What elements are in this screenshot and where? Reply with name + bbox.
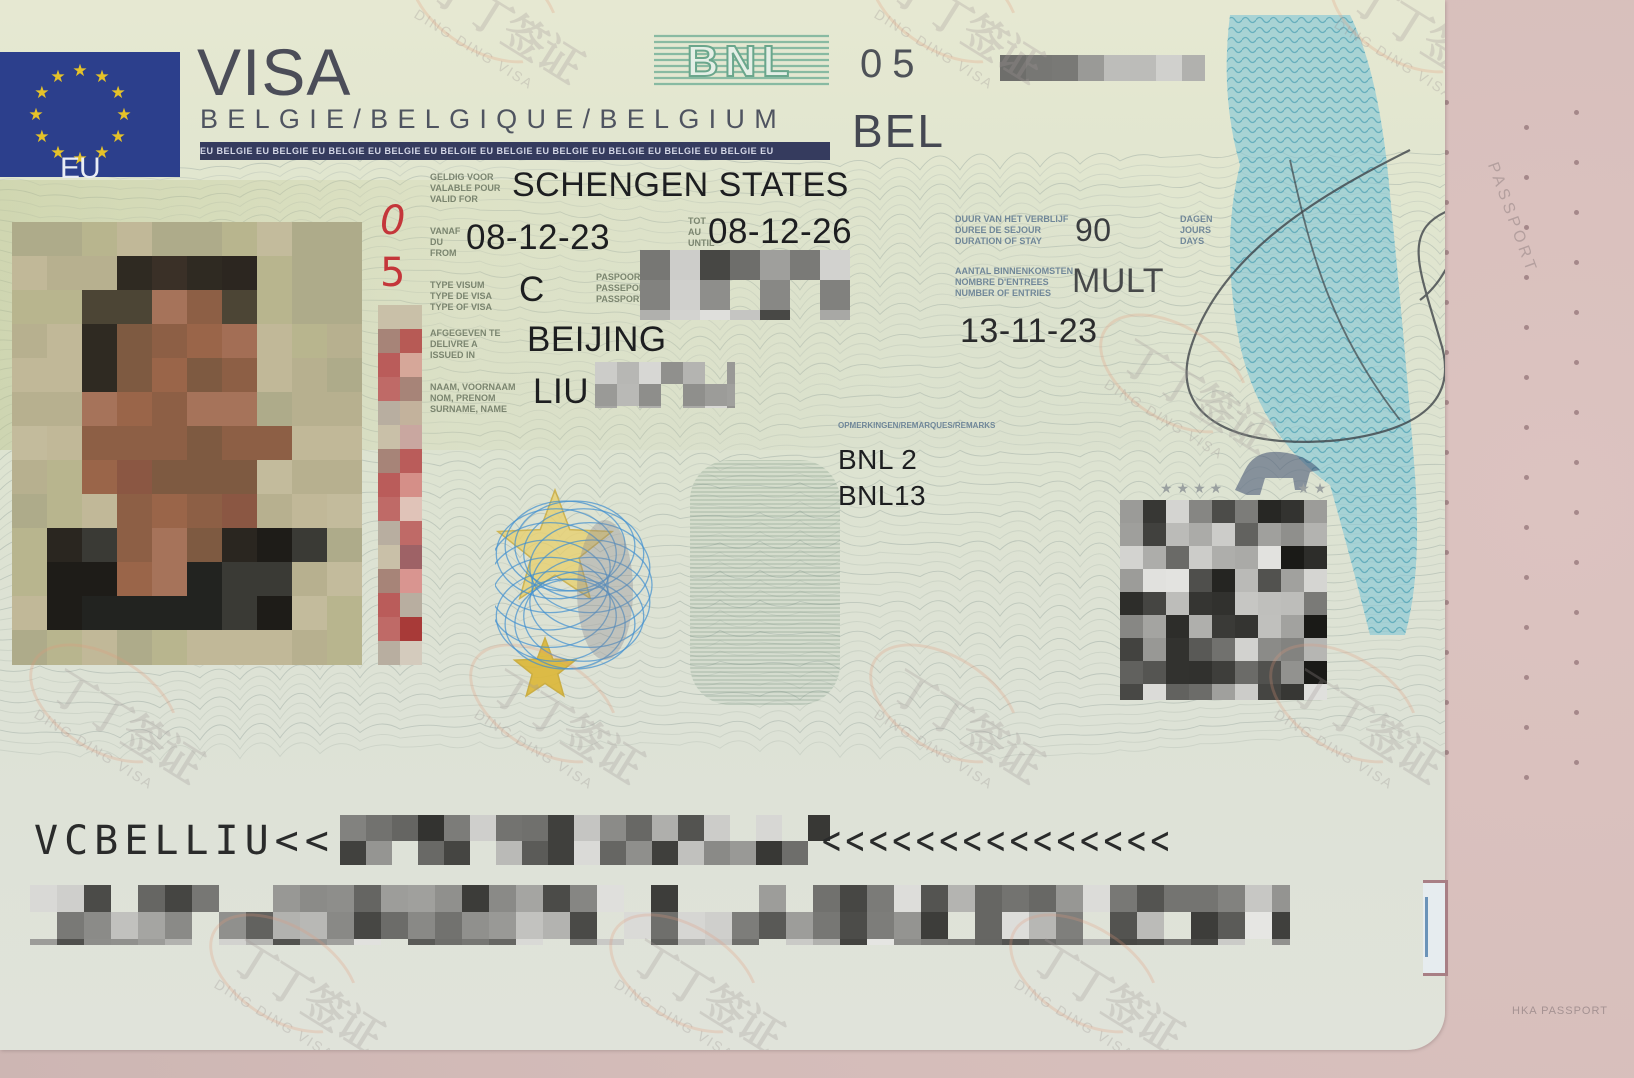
perforation-dot bbox=[1574, 160, 1579, 165]
eu-label: EU bbox=[60, 152, 100, 186]
svg-text:★: ★ bbox=[72, 61, 87, 80]
visa-title: VISA bbox=[197, 34, 351, 110]
svg-text:★: ★ bbox=[116, 105, 131, 124]
svg-text:★: ★ bbox=[34, 127, 49, 146]
value-surname: LIU bbox=[533, 372, 589, 412]
label-duration-of-stay: DUUR VAN HET VERBLIJFDUREE DE SEJOURDURA… bbox=[955, 214, 1068, 247]
perforation-dot bbox=[1574, 360, 1579, 365]
perforation-dot bbox=[1524, 475, 1529, 480]
label-valid-for: GELDIG VOORVALABLE POURVALID FOR bbox=[430, 172, 500, 205]
eu-hologram bbox=[495, 470, 855, 710]
perforation-dot bbox=[1524, 375, 1529, 380]
eu-flag: ★★★★★★★★★★★★ EU bbox=[0, 52, 180, 177]
mrz-line-1-prefix: VCBELLIU<< bbox=[34, 818, 335, 864]
mrz-line-2-redacted bbox=[30, 885, 1290, 945]
perforation-dot bbox=[1524, 775, 1529, 780]
perforation-dot bbox=[1574, 560, 1579, 565]
svg-text:★: ★ bbox=[110, 127, 125, 146]
bnl-logo: BNL bbox=[654, 30, 829, 90]
passport-number-redacted bbox=[640, 250, 850, 320]
value-from: 08-12-23 bbox=[466, 218, 610, 258]
value-type-of-visa: C bbox=[519, 270, 545, 310]
perforation-dot bbox=[1574, 210, 1579, 215]
svg-text:★: ★ bbox=[28, 105, 43, 124]
microprint-strip: EU BELGIE EU BELGIE EU BELGIE EU BELGIE … bbox=[200, 142, 830, 160]
given-name-redacted bbox=[595, 362, 735, 408]
perforation-dot bbox=[1574, 610, 1579, 615]
barcode-redacted bbox=[1120, 500, 1330, 700]
perforation-dot bbox=[1524, 125, 1529, 130]
label-from: VANAFDUFROM bbox=[430, 226, 460, 259]
red-numeral-1: 5 bbox=[380, 247, 405, 299]
issuing-state-code: BEL bbox=[852, 104, 945, 158]
value-number-of-entries: MULT bbox=[1072, 262, 1164, 301]
value-issued-in: BEIJING bbox=[527, 320, 667, 360]
perforation-dot bbox=[1574, 460, 1579, 465]
perforation-dot bbox=[1574, 710, 1579, 715]
svg-text:★: ★ bbox=[94, 67, 109, 86]
perforation-dot bbox=[1574, 410, 1579, 415]
perforation-dot bbox=[1574, 260, 1579, 265]
label-remarks: OPMERKINGEN/REMARQUES/REMARKS bbox=[838, 420, 995, 431]
svg-text:★: ★ bbox=[34, 83, 49, 102]
perforation-dot bbox=[1524, 625, 1529, 630]
label-number-of-entries: AANTAL BINNENKOMSTENNOMBRE D'ENTREESNUMB… bbox=[955, 266, 1073, 299]
value-issue-date: 13-11-23 bbox=[960, 312, 1098, 351]
svg-text:BNL: BNL bbox=[687, 37, 795, 86]
perforation-dot bbox=[1574, 510, 1579, 515]
value-duration-of-stay: 90 bbox=[1075, 212, 1112, 249]
mrz-line-1-filler: <<<<<<<<<<<<<<< bbox=[822, 818, 1174, 864]
stars-row: ★★★★ ★★ bbox=[1160, 480, 1330, 497]
issuing-country: BELGIE/BELGIQUE/BELGIUM bbox=[200, 104, 786, 135]
visa-number-prefix: 05 bbox=[860, 42, 925, 87]
side-strip-redacted bbox=[378, 305, 422, 665]
red-serial-numerals: 0 5 bbox=[380, 195, 405, 299]
visa-number-redacted bbox=[1000, 55, 1205, 81]
svg-text:★: ★ bbox=[50, 67, 65, 86]
perforation-dot bbox=[1524, 525, 1529, 530]
perforation-dot bbox=[1524, 675, 1529, 680]
passport-bottom-text: HKA PASSPORT bbox=[1512, 1005, 1608, 1017]
value-until: 08-12-26 bbox=[708, 212, 852, 252]
label-name: NAAM, VOORNAAMNOM, PRENOMSURNAME, NAME bbox=[430, 382, 516, 415]
label-issued-in: AFGEGEVEN TEDELIVRE AISSUED IN bbox=[430, 328, 501, 361]
perforation-dot bbox=[1524, 175, 1529, 180]
perforation-dot bbox=[1524, 325, 1529, 330]
holder-photo-redacted bbox=[12, 222, 362, 667]
value-valid-for: SCHENGEN STATES bbox=[512, 166, 849, 205]
visa-sticker: ★★★★★★★★★★★★ EU VISA BELGIE/BELGIQUE/BEL… bbox=[0, 0, 1445, 1050]
perforation-dot bbox=[1574, 660, 1579, 665]
passport-page-tab bbox=[1423, 880, 1448, 976]
perforation-dot bbox=[1574, 110, 1579, 115]
perforation-dot bbox=[1574, 760, 1579, 765]
perforation-dot bbox=[1524, 725, 1529, 730]
label-type-of-visa: TYPE VISUMTYPE DE VISATYPE OF VISA bbox=[430, 280, 492, 313]
perforation-dot bbox=[1574, 310, 1579, 315]
svg-text:★: ★ bbox=[110, 83, 125, 102]
perforation-dot bbox=[1524, 575, 1529, 580]
mrz-line-1-redacted bbox=[340, 815, 830, 865]
red-numeral-0: 0 bbox=[380, 195, 405, 247]
perforation-dot bbox=[1524, 425, 1529, 430]
